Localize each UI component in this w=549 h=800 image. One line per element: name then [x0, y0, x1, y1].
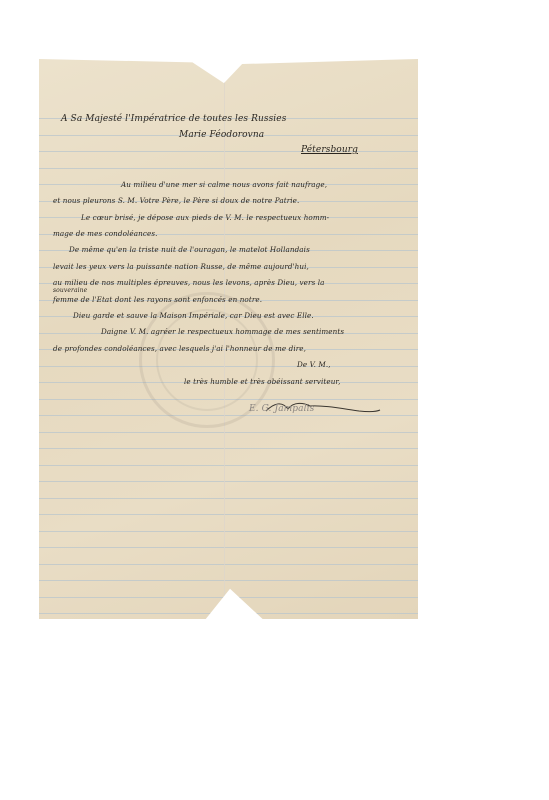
body-line-3: Le cœur brisé, je dépose aux pieds de V.…: [81, 213, 329, 222]
closing-line-1: De V. M.,: [297, 360, 331, 369]
body-line-4: mage de mes condoléances.: [53, 229, 158, 238]
closing-line-2: le très humble et très obéissant servite…: [184, 377, 341, 386]
body-line-1: Au milieu d'une mer si calme nous avons …: [121, 180, 327, 189]
body-line-10: Dieu garde et sauve la Maison Impériale,…: [73, 311, 314, 320]
rule-line: [39, 481, 418, 482]
rule-line: [39, 168, 418, 169]
rule-line: [39, 597, 418, 598]
rule-line: [39, 151, 418, 152]
body-line-7: au milieu de nos multiples épreuves, nou…: [53, 278, 325, 287]
signature: E. G. Jampalis: [249, 404, 314, 414]
faint-stamp-inner: [156, 309, 258, 411]
address-place: Pétersbourg: [301, 145, 358, 155]
body-line-11: Daigne V. M. agréer le respectueux homma…: [101, 327, 344, 336]
body-line-6: levait les yeux vers la puissante nation…: [53, 262, 309, 271]
rule-line: [39, 613, 418, 614]
body-line-12: de profondes condoléances, avec lesquels…: [53, 344, 306, 353]
letter-paper: A Sa Majesté l'Impératrice de toutes les…: [39, 59, 418, 619]
rule-line: [39, 547, 418, 548]
rule-line: [39, 448, 418, 449]
body-line-5: De même qu'en la triste nuit de l'ouraga…: [69, 245, 310, 254]
body-line-2: et nous pleurons S. M. Votre Père, le Pè…: [53, 196, 299, 205]
address-line-2: Marie Féodorovna: [179, 130, 264, 140]
body-line-8-insert: souveraine: [53, 287, 87, 294]
rule-line: [39, 531, 418, 532]
rule-line: [39, 432, 418, 433]
rule-line: [39, 514, 418, 515]
address-line-1: A Sa Majesté l'Impératrice de toutes les…: [61, 114, 286, 124]
rule-line: [39, 498, 418, 499]
rule-line: [39, 465, 418, 466]
rule-line: [39, 564, 418, 565]
rule-line: [39, 580, 418, 581]
body-line-9: femme de l'Etat dont les rayons sont enf…: [53, 295, 262, 304]
